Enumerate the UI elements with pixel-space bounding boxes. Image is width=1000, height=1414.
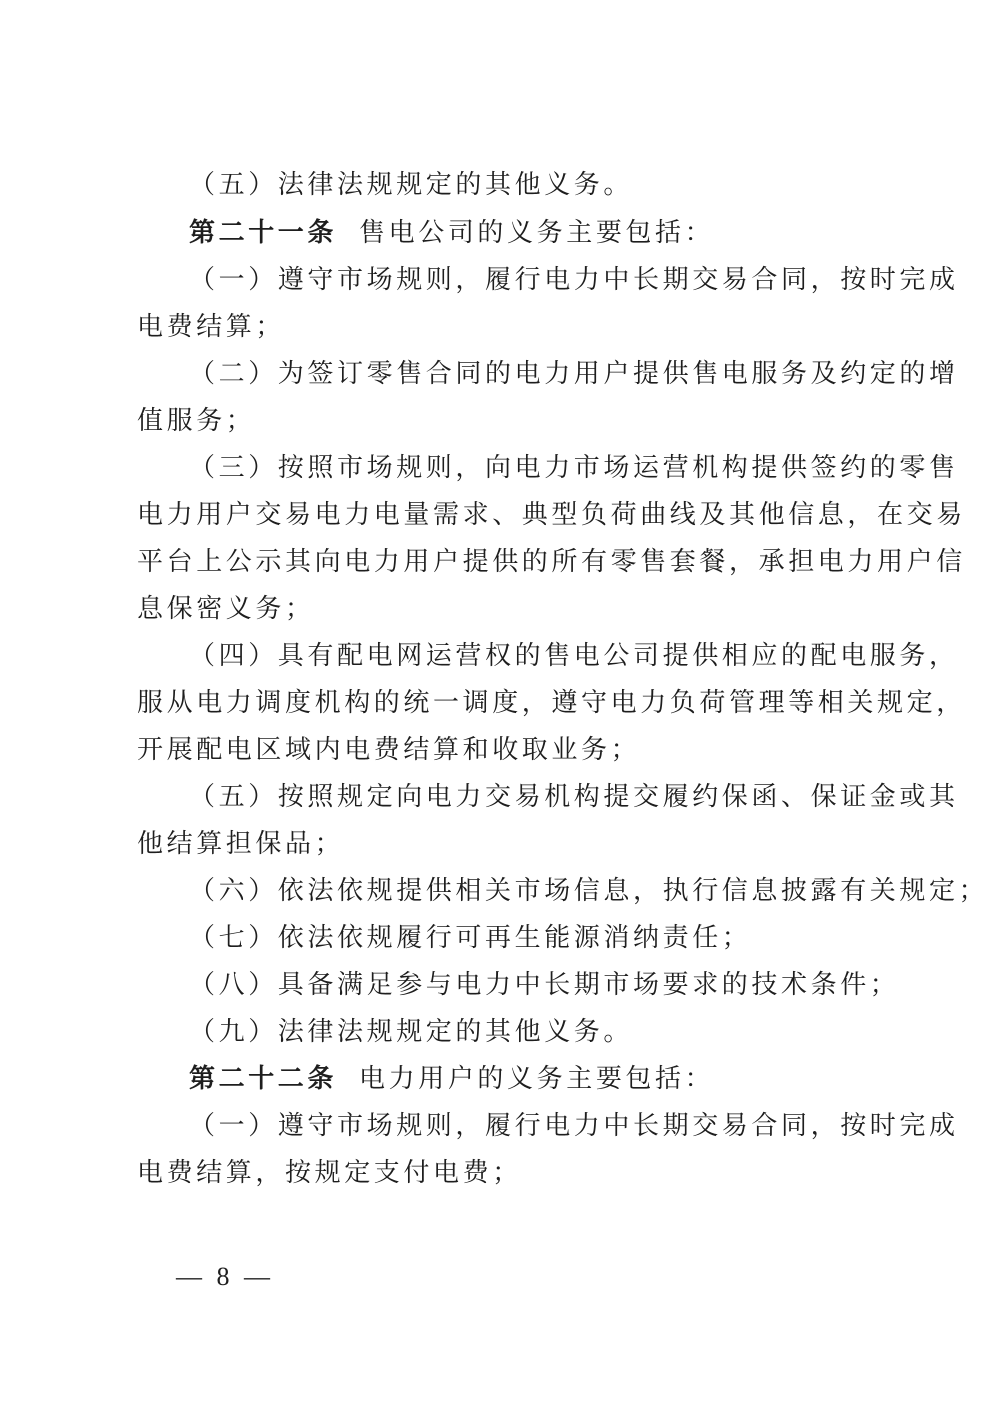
paragraph-line: 电力用户交易电力电量需求、典型负荷曲线及其他信息，在交易 [137, 498, 966, 532]
paragraph-line: （五）法律法规规定的其他义务。 [189, 168, 633, 202]
paragraph-line: 值服务； [137, 404, 255, 438]
paragraph-line: 电费结算，按规定支付电费； [137, 1156, 522, 1190]
article-number: 第二十一条 [189, 218, 337, 248]
paragraph-line: 平台上公示其向电力用户提供的所有零售套餐，承担电力用户信 [137, 545, 966, 579]
paragraph-line: 息保密义务； [137, 592, 315, 626]
paragraph-line: （四）具有配电网运营权的售电公司提供相应的配电服务， [189, 639, 959, 673]
paragraph-line: （五）按照规定向电力交易机构提交履约保函、保证金或其 [189, 780, 959, 814]
paragraph-line: （三）按照市场规则，向电力市场运营机构提供签约的零售 [189, 451, 959, 485]
paragraph-line: （一）遵守市场规则，履行电力中长期交易合同，按时完成 [189, 263, 959, 297]
paragraph-line: （六）依法依规提供相关市场信息，执行信息披露有关规定； [189, 874, 988, 908]
paragraph-line: 电费结算； [137, 310, 285, 344]
paragraph-line: 他结算担保品； [137, 827, 344, 861]
paragraph-line: （七）依法依规履行可再生能源消纳责任； [189, 921, 751, 955]
paragraph-line: （九）法律法规规定的其他义务。 [189, 1015, 633, 1049]
paragraph-line: （八）具备满足参与电力中长期市场要求的技术条件； [189, 968, 899, 1002]
article-heading: 第二十二条电力用户的义务主要包括： [189, 1062, 714, 1096]
article-number: 第二十二条 [189, 1064, 337, 1094]
paragraph-line: 开展配电区域内电费结算和收取业务； [137, 733, 640, 767]
article-intro: 售电公司的义务主要包括： [359, 218, 714, 248]
article-heading: 第二十一条售电公司的义务主要包括： [189, 216, 714, 250]
paragraph-line: （二）为签订零售合同的电力用户提供售电服务及约定的增 [189, 357, 959, 391]
paragraph-line: （一）遵守市场规则，履行电力中长期交易合同，按时完成 [189, 1109, 959, 1143]
page-number: — 8 — [176, 1262, 274, 1292]
paragraph-line: 服从电力调度机构的统一调度，遵守电力负荷管理等相关规定， [137, 686, 966, 720]
article-intro: 电力用户的义务主要包括： [359, 1064, 714, 1094]
